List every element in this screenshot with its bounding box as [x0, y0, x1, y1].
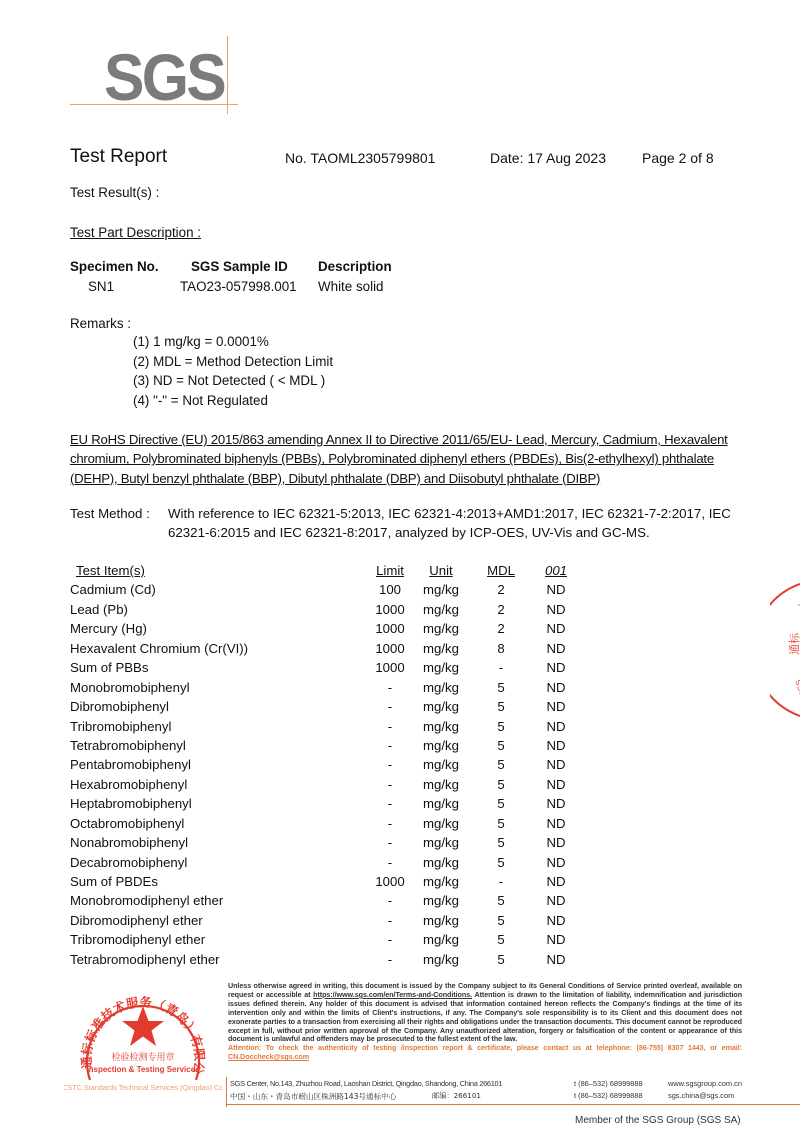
website-link[interactable]: www.sgsgroup.com.cn: [668, 1079, 742, 1088]
limit-cell: 1000: [365, 641, 415, 656]
limit-cell: 1000: [365, 874, 415, 889]
test-item-cell: Nonabromobiphenyl: [70, 835, 188, 850]
report-date: Date: 17 Aug 2023: [490, 150, 606, 166]
page-indicator: Page 2 of 8: [642, 150, 714, 166]
test-item-cell: Monobromobiphenyl: [70, 680, 190, 695]
svg-text:通标: 通标: [787, 632, 800, 655]
mdl-cell: 5: [480, 757, 522, 772]
unit-cell: mg/kg: [418, 660, 464, 675]
result-cell: ND: [536, 602, 576, 617]
mdl-cell: 5: [480, 932, 522, 947]
address-vertical-rule: [226, 1077, 227, 1107]
table-row: Nonabromobiphenyl-mg/kg5ND: [70, 835, 590, 854]
logo-horizontal-rule: [70, 104, 238, 105]
test-item-cell: Cadmium (Cd): [70, 582, 156, 597]
mdl-cell: -: [480, 660, 522, 675]
specimen-no-value: SN1: [88, 280, 114, 293]
table-row: Dibromodiphenyl ether-mg/kg5ND: [70, 913, 590, 932]
test-item-cell: Tetrabromodiphenyl ether: [70, 952, 220, 967]
doccheck-email-link[interactable]: CN.Doccheck@sgs.com: [228, 1053, 309, 1061]
mdl-cell: 5: [480, 738, 522, 753]
table-row: Octabromobiphenyl-mg/kg5ND: [70, 816, 590, 835]
report-title: Test Report: [70, 146, 167, 168]
results-table-header: Test Item(s) Limit Unit MDL 001: [70, 563, 590, 582]
unit-cell: mg/kg: [418, 913, 464, 928]
limit-cell: -: [365, 738, 415, 753]
unit-cell: mg/kg: [418, 835, 464, 850]
test-item-cell: Heptabromobiphenyl: [70, 796, 192, 811]
unit-cell: mg/kg: [418, 893, 464, 908]
header-limit: Limit: [365, 563, 415, 578]
test-item-cell: Tetrabromobiphenyl: [70, 738, 186, 753]
limit-cell: 100: [365, 582, 415, 597]
unit-cell: mg/kg: [418, 757, 464, 772]
test-part-description-label: Test Part Description :: [70, 226, 201, 239]
mdl-cell: 5: [480, 913, 522, 928]
remark-item: (4) "-" = Not Regulated: [133, 394, 333, 414]
test-item-cell: Dibromobiphenyl: [70, 699, 169, 714]
mdl-cell: 2: [480, 602, 522, 617]
result-cell: ND: [536, 719, 576, 734]
limit-cell: -: [365, 835, 415, 850]
member-statement: Member of the SGS Group (SGS SA): [575, 1115, 741, 1126]
test-item-cell: Tribromodiphenyl ether: [70, 932, 205, 947]
address-english: SGS Center, No.143, Zhuzhou Road, Laosha…: [230, 1079, 502, 1088]
postcode-chinese: 邮编：266101: [432, 1091, 481, 1101]
result-cell: ND: [536, 952, 576, 967]
limit-cell: -: [365, 855, 415, 870]
mdl-cell: 5: [480, 952, 522, 967]
unit-cell: mg/kg: [418, 952, 464, 967]
inspection-stamp: 通标标准技术服务（青岛）有限公司 检验检测专用章 Inspection & Te…: [64, 980, 222, 1100]
unit-cell: mg/kg: [418, 602, 464, 617]
results-table-body: Cadmium (Cd)100mg/kg2NDLead (Pb)1000mg/k…: [70, 582, 590, 971]
report-number: No. TAOML2305799801: [285, 150, 435, 166]
mdl-cell: 5: [480, 816, 522, 831]
limit-cell: -: [365, 816, 415, 831]
result-cell: ND: [536, 855, 576, 870]
table-row: Dibromobiphenyl-mg/kg5ND: [70, 699, 590, 718]
mdl-cell: -: [480, 874, 522, 889]
test-item-cell: Hexabromobiphenyl: [70, 777, 187, 792]
footer-disclaimer: Unless otherwise agreed in writing, this…: [228, 982, 742, 1062]
unit-cell: mg/kg: [418, 932, 464, 947]
limit-cell: 1000: [365, 660, 415, 675]
result-cell: ND: [536, 582, 576, 597]
stamp-bottom-text: SGS-CSTC Standards Technical Services (Q…: [64, 1083, 222, 1092]
unit-cell: mg/kg: [418, 874, 464, 889]
table-row: Monobromodiphenyl ether-mg/kg5ND: [70, 893, 590, 912]
test-item-cell: Sum of PBDEs: [70, 874, 158, 889]
result-cell: ND: [536, 835, 576, 850]
result-cell: ND: [536, 932, 576, 947]
table-row: Tetrabromobiphenyl-mg/kg5ND: [70, 738, 590, 757]
result-cell: ND: [536, 757, 576, 772]
test-item-cell: Mercury (Hg): [70, 621, 147, 636]
limit-cell: -: [365, 796, 415, 811]
sgs-logo: SGS: [70, 30, 250, 120]
limit-cell: -: [365, 719, 415, 734]
description-value: White solid: [318, 280, 384, 293]
test-item-cell: Tribromobiphenyl: [70, 719, 171, 734]
result-cell: ND: [536, 816, 576, 831]
test-item-cell: Decabromobiphenyl: [70, 855, 187, 870]
logo-vertical-rule: [227, 36, 228, 114]
directive-title: EU RoHS Directive (EU) 2015/863 amending…: [70, 430, 740, 488]
table-row: Sum of PBBs1000mg/kg-ND: [70, 660, 590, 679]
table-row: Monobromobiphenyl-mg/kg5ND: [70, 680, 590, 699]
result-cell: ND: [536, 660, 576, 675]
result-cell: ND: [536, 641, 576, 656]
result-cell: ND: [536, 796, 576, 811]
mdl-cell: 5: [480, 835, 522, 850]
unit-cell: mg/kg: [418, 719, 464, 734]
mdl-cell: 8: [480, 641, 522, 656]
mdl-cell: 5: [480, 893, 522, 908]
unit-cell: mg/kg: [418, 816, 464, 831]
table-row: Hexavalent Chromium (Cr(VI))1000mg/kg8ND: [70, 641, 590, 660]
mdl-cell: 5: [480, 855, 522, 870]
table-row: Tetrabromodiphenyl ether-mg/kg5ND: [70, 952, 590, 971]
table-row: Tribromobiphenyl-mg/kg5ND: [70, 719, 590, 738]
limit-cell: -: [365, 913, 415, 928]
result-cell: ND: [536, 680, 576, 695]
limit-cell: -: [365, 680, 415, 695]
footer-address: SGS Center, No.143, Zhuzhou Road, Laosha…: [226, 1077, 766, 1107]
specimen-no-header: Specimen No.: [70, 260, 159, 273]
sample-id-header: SGS Sample ID: [191, 260, 288, 273]
header-unit: Unit: [418, 563, 464, 578]
star-icon: [122, 1006, 164, 1046]
mdl-cell: 5: [480, 680, 522, 695]
unit-cell: mg/kg: [418, 855, 464, 870]
logo-text: SGS: [104, 44, 224, 110]
mdl-cell: 2: [480, 621, 522, 636]
table-row: Hexabromobiphenyl-mg/kg5ND: [70, 777, 590, 796]
header-test-item: Test Item(s): [76, 563, 145, 578]
unit-cell: mg/kg: [418, 777, 464, 792]
test-item-cell: Sum of PBBs: [70, 660, 148, 675]
limit-cell: -: [365, 952, 415, 967]
table-row: Heptabromobiphenyl-mg/kg5ND: [70, 796, 590, 815]
unit-cell: mg/kg: [418, 582, 464, 597]
remark-item: (1) 1 mg/kg = 0.0001%: [133, 335, 333, 355]
address-horizontal-rule: [226, 1104, 800, 1105]
unit-cell: mg/kg: [418, 641, 464, 656]
test-item-cell: Octabromobiphenyl: [70, 816, 184, 831]
results-table: Test Item(s) Limit Unit MDL 001 Cadmium …: [70, 563, 590, 971]
unit-cell: mg/kg: [418, 699, 464, 714]
test-item-cell: Pentabromobiphenyl: [70, 757, 191, 772]
mdl-cell: 5: [480, 777, 522, 792]
test-results-label: Test Result(s) :: [70, 186, 159, 199]
table-row: Mercury (Hg)1000mg/kg2ND: [70, 621, 590, 640]
header-mdl: MDL: [480, 563, 522, 578]
limit-cell: -: [365, 777, 415, 792]
phone-2: t (86–532) 68999888: [574, 1091, 643, 1100]
table-row: Pentabromobiphenyl-mg/kg5ND: [70, 757, 590, 776]
authenticity-text: Attention: To check the authenticity of …: [228, 1044, 742, 1052]
phone-1: t (86–532) 68999888: [574, 1079, 643, 1088]
limit-cell: -: [365, 932, 415, 947]
sample-id-value: TAO23-057998.001: [180, 280, 297, 293]
limit-cell: -: [365, 757, 415, 772]
stamp-edge-right: 标准技 通标 SGS: [770, 580, 800, 720]
limit-cell: 1000: [365, 621, 415, 636]
result-cell: ND: [536, 738, 576, 753]
result-cell: ND: [536, 913, 576, 928]
mdl-cell: 5: [480, 796, 522, 811]
test-item-cell: Dibromodiphenyl ether: [70, 913, 203, 928]
stamp-center-en: Inspection & Testing Services: [86, 1065, 200, 1074]
remarks-list: (1) 1 mg/kg = 0.0001% (2) MDL = Method D…: [133, 335, 333, 413]
header-result-001: 001: [536, 563, 576, 578]
remark-item: (3) ND = Not Detected ( < MDL ): [133, 374, 333, 394]
report-header: Test Report No. TAOML2305799801 Date: 17…: [70, 146, 750, 170]
mdl-cell: 2: [480, 582, 522, 597]
result-cell: ND: [536, 699, 576, 714]
test-method-value: With reference to IEC 62321-5:2013, IEC …: [168, 504, 758, 542]
test-item-cell: Monobromodiphenyl ether: [70, 893, 223, 908]
test-item-cell: Lead (Pb): [70, 602, 128, 617]
remark-item: (2) MDL = Method Detection Limit: [133, 355, 333, 375]
svg-text:SGS: SGS: [794, 678, 800, 697]
mdl-cell: 5: [480, 719, 522, 734]
unit-cell: mg/kg: [418, 680, 464, 695]
result-cell: ND: [536, 777, 576, 792]
result-cell: ND: [536, 893, 576, 908]
table-row: Decabromobiphenyl-mg/kg5ND: [70, 855, 590, 874]
table-row: Lead (Pb)1000mg/kg2ND: [70, 602, 590, 621]
email-link[interactable]: sgs.china@sgs.com: [668, 1091, 734, 1100]
limit-cell: -: [365, 893, 415, 908]
table-row: Sum of PBDEs1000mg/kg-ND: [70, 874, 590, 893]
result-cell: ND: [536, 621, 576, 636]
mdl-cell: 5: [480, 699, 522, 714]
unit-cell: mg/kg: [418, 738, 464, 753]
terms-link[interactable]: https://www.sgs.com/en/Terms-and-Conditi…: [313, 991, 472, 999]
test-item-cell: Hexavalent Chromium (Cr(VI)): [70, 641, 248, 656]
unit-cell: mg/kg: [418, 621, 464, 636]
limit-cell: -: [365, 699, 415, 714]
table-row: Cadmium (Cd)100mg/kg2ND: [70, 582, 590, 601]
stamp-center-cn: 检验检测专用章: [111, 1051, 174, 1063]
limit-cell: 1000: [365, 602, 415, 617]
result-cell: ND: [536, 874, 576, 889]
description-header: Description: [318, 260, 392, 273]
unit-cell: mg/kg: [418, 796, 464, 811]
remarks-label: Remarks :: [70, 317, 131, 330]
address-chinese: 中国・山东・青岛市崂山区株洲路143号通标中心: [230, 1091, 396, 1102]
authenticity-notice: Attention: To check the authenticity of …: [228, 1044, 742, 1062]
table-row: Tribromodiphenyl ether-mg/kg5ND: [70, 932, 590, 951]
test-method-label: Test Method :: [70, 504, 150, 523]
